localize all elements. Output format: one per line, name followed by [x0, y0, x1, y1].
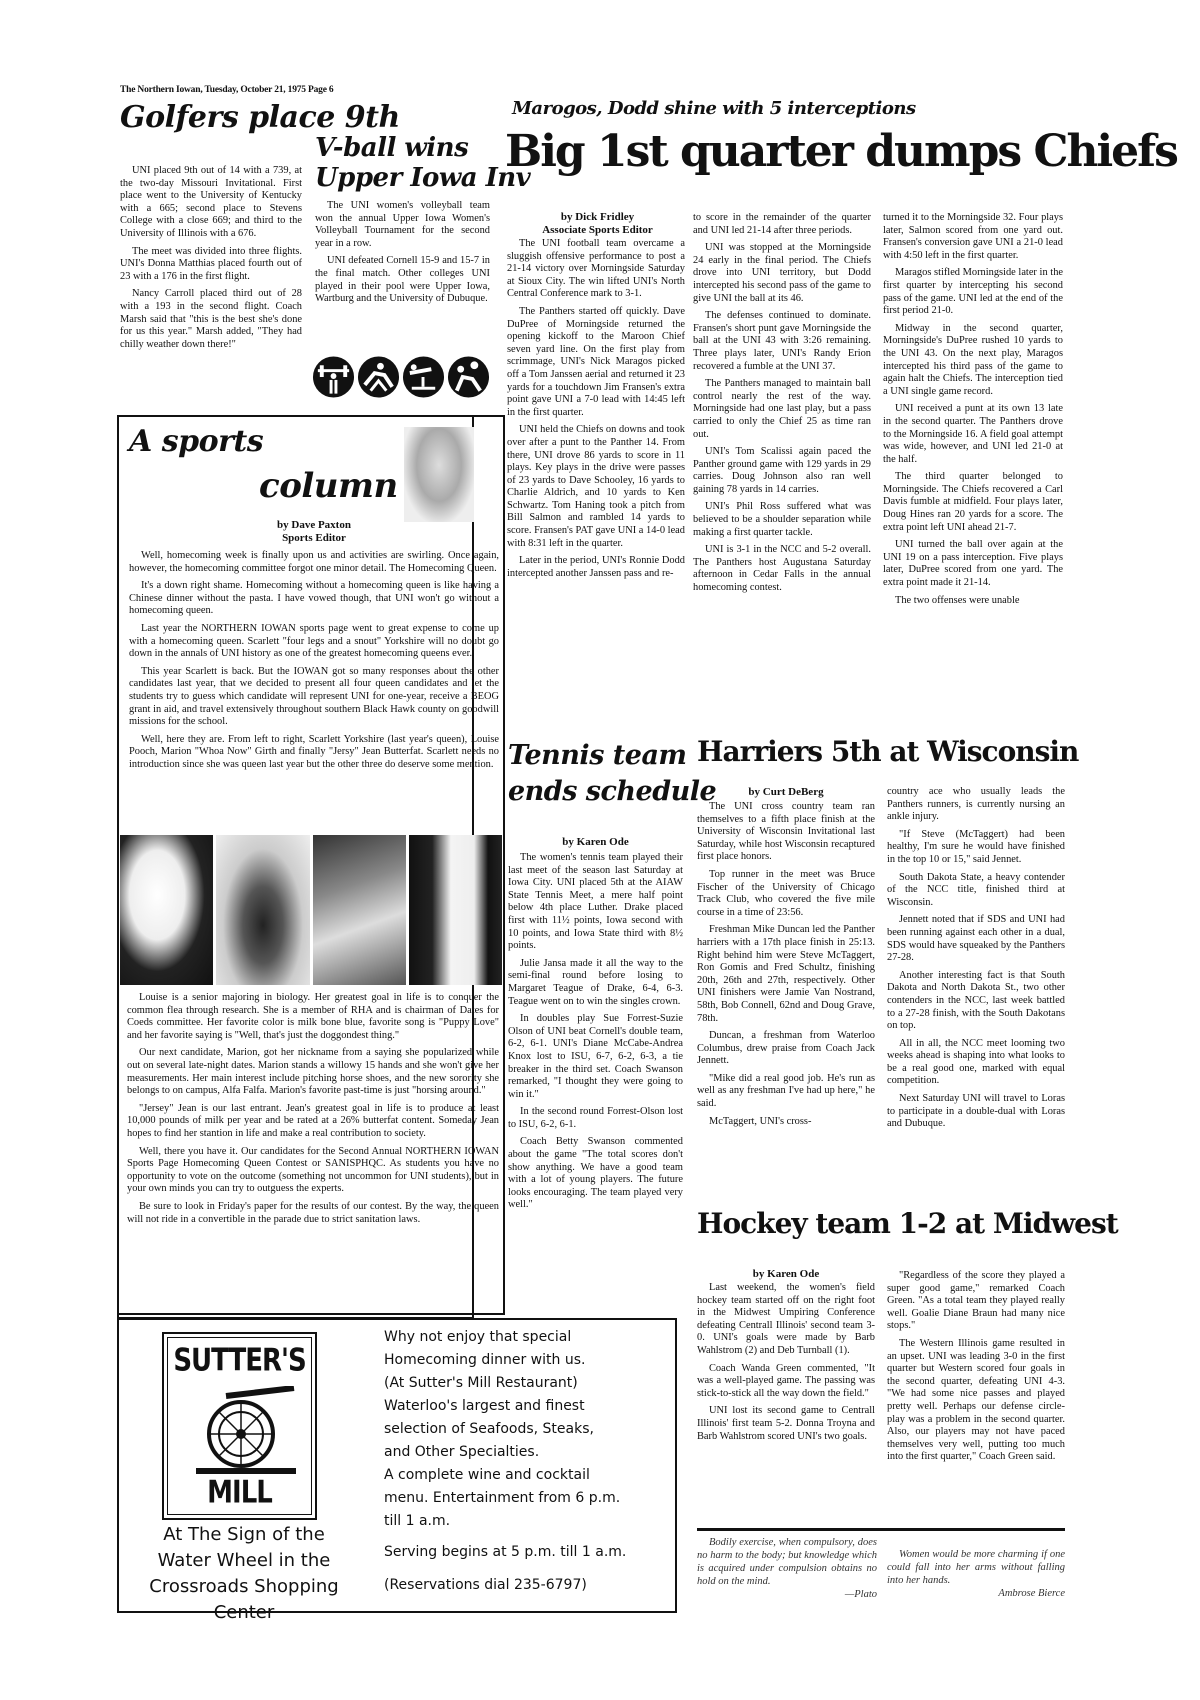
football-kicker: Marogos, Dodd shine with 5 interceptions [512, 100, 916, 118]
football-paragraph: The UNI football team overcame a sluggis… [507, 238, 685, 301]
photo-horse [313, 835, 406, 985]
harriers-paragraph: Jennett noted that if SDS and UNI had be… [887, 914, 1065, 964]
harriers-paragraph: Freshman Mike Duncan led the Panther har… [697, 924, 875, 1025]
harriers-paragraph: country ace who usually leads the Panthe… [887, 786, 1065, 824]
page-folio: The Northern Iowan, Tuesday, October 21,… [120, 85, 333, 95]
ad-copy-line: and Other Specialties. [384, 1441, 669, 1464]
hockey-paragraph: Coach Wanda Green commented, "It was a w… [697, 1363, 875, 1401]
football-paragraph: Midway in the second quarter, Morningsid… [883, 323, 1063, 399]
tennis-paragraph: The women's tennis team played their las… [508, 852, 683, 953]
ad-copy-line: A complete wine and cocktail [384, 1464, 669, 1487]
ad-logo-frame: SUTTER'S MILL [162, 1332, 317, 1520]
football-col-2: to score in the remainder of the quarter… [693, 212, 871, 600]
golf-paragraph: Nancy Carroll placed third out of 28 wit… [120, 288, 302, 351]
ad-copy-line: (At Sutter's Mill Restaurant) [384, 1372, 669, 1395]
ad-copy-line: Waterloo's largest and finest [384, 1395, 669, 1418]
harriers-byline: by Curt DeBerg [697, 786, 875, 799]
golf-paragraph: The meet was divided into three flights.… [120, 246, 302, 284]
football-paragraph: UNI's Tom Scalissi again paced the Panth… [693, 446, 871, 496]
quote-text: Women would be more charming if one coul… [887, 1548, 1065, 1587]
vball-paragraph: UNI defeated Cornell 15-9 and 15-7 in th… [315, 255, 490, 305]
tennis-article: The women's tennis team played their las… [508, 852, 683, 1217]
ad-logo-bottom: MILL [168, 1475, 311, 1511]
harriers-paragraph: The UNI cross country team ran themselve… [697, 801, 875, 864]
ad-copy-line: menu. Entertainment from 6 p.m. [384, 1487, 669, 1510]
water-wheel-icon [196, 1386, 296, 1476]
harriers-headline: Harriers 5th at Wisconsin [697, 738, 1078, 766]
football-byline: by Dick Fridley Associate Sports Editor [510, 211, 685, 237]
hockey-paragraph: "Regardless of the score they played a s… [887, 1270, 1065, 1333]
column-paragraph: "Jersey" Jean is our last entrant. Jean'… [127, 1103, 499, 1141]
football-paragraph: UNI was stopped at the Morningside 24 ea… [693, 242, 871, 305]
tennis-paragraph: Julie Jansa made it all the way to the s… [508, 958, 683, 1008]
hockey-col-1: Last weekend, the women's field hockey t… [697, 1282, 875, 1448]
harriers-col-2: country ace who usually leads the Panthe… [887, 786, 1065, 1136]
football-paragraph: The defenses continued to dominate. Fran… [693, 310, 871, 373]
hockey-paragraph: Last weekend, the women's field hockey t… [697, 1282, 875, 1358]
football-paragraph: The third quarter belonged to Morningsid… [883, 471, 1063, 534]
ad-reservations: (Reservations dial 235-6797) [384, 1574, 669, 1597]
tennis-paragraph: In the second round Forrest-Olson lost t… [508, 1106, 683, 1131]
tennis-headline-2: ends schedule [508, 778, 716, 805]
football-paragraph: turned it to the Morningside 32. Four pl… [883, 212, 1063, 262]
ad-location: At The Sign of the Water Wheel in the Cr… [119, 1522, 369, 1626]
photo-pig [120, 835, 213, 985]
column-paragraph: Well, there you have it. Our candidates … [127, 1146, 499, 1196]
ad-copy: Why not enjoy that special Homecoming di… [384, 1326, 669, 1597]
column-paragraph: Our next candidate, Marion, got her nick… [127, 1047, 499, 1097]
harriers-paragraph: Another interesting fact is that South D… [887, 970, 1065, 1033]
football-paragraph: UNI received a punt at its own 13 late i… [883, 403, 1063, 466]
ad-copy-line: Why not enjoy that special [384, 1326, 669, 1349]
football-paragraph: UNI's Phil Ross suffered what was believ… [693, 501, 871, 539]
tennis-headline-1: Tennis team [508, 742, 687, 769]
harriers-paragraph: All in all, the NCC meet looming two wee… [887, 1038, 1065, 1088]
photo-dog [216, 835, 309, 985]
candidate-photos [120, 835, 502, 985]
quote-plato: Bodily exercise, when compulsory, does n… [697, 1536, 877, 1601]
ad-logo-top: SUTTER'S [168, 1343, 311, 1379]
football-paragraph: The two offenses were unable [883, 595, 1063, 608]
hockey-byline: by Karen Ode [697, 1268, 875, 1281]
column-body-bottom: Louise is a senior majoring in biology. … [127, 992, 499, 1231]
tennis-paragraph: Coach Betty Swanson commented about the … [508, 1136, 683, 1212]
harriers-col-1: The UNI cross country team ran themselve… [697, 801, 875, 1133]
vball-article: The UNI women's volleyball team won the … [315, 200, 490, 311]
football-paragraph: UNI held the Chiefs on downs and took ov… [507, 424, 685, 550]
vball-headline-1: V-ball wins [315, 135, 468, 161]
tennis-byline: by Karen Ode [508, 836, 683, 849]
football-paragraph: Later in the period, UNI's Ronnie Dodd i… [507, 555, 685, 580]
tennis-paragraph: In doubles play Sue Forrest-Suzie Olson … [508, 1013, 683, 1101]
wrestling-icon [357, 355, 400, 399]
football-paragraph: UNI turned the ball over again at the UN… [883, 539, 1063, 589]
football-paragraph: to score in the remainder of the quarter… [693, 212, 871, 237]
football-headline: Big 1st quarter dumps Chiefs [505, 130, 1177, 174]
golf-article: UNI placed 9th out of 14 with a 739, at … [120, 165, 302, 356]
quote-text: Bodily exercise, when compulsory, does n… [697, 1536, 877, 1588]
football-paragraph: The Panthers managed to maintain ball co… [693, 378, 871, 441]
quote-author: —Plato [697, 1588, 877, 1601]
harriers-paragraph: Top runner in the meet was Bruce Fischer… [697, 869, 875, 919]
harriers-paragraph: Next Saturday UNI will travel to Loras t… [887, 1093, 1065, 1131]
volleyball-icon [447, 355, 490, 399]
harriers-paragraph: South Dakota State, a heavy contender of… [887, 872, 1065, 910]
vball-paragraph: The UNI women's volleyball team won the … [315, 200, 490, 250]
football-col-3: turned it to the Morningside 32. Four pl… [883, 212, 1063, 612]
football-col-1: The UNI football team overcame a sluggis… [507, 238, 685, 585]
quote-author: Ambrose Bierce [887, 1587, 1065, 1600]
ad-serving-hours: Serving begins at 5 p.m. till 1 a.m. [384, 1541, 669, 1564]
photo-cow [409, 835, 502, 985]
vball-headline-2: Upper Iowa Inv [315, 165, 530, 191]
football-paragraph: The Panthers started off quickly. Dave D… [507, 306, 685, 419]
gymnastics-icon [402, 355, 445, 399]
quote-bierce: Women would be more charming if one coul… [887, 1548, 1065, 1600]
ad-copy-line: selection of Seafoods, Steaks, [384, 1418, 669, 1441]
golf-paragraph: UNI placed 9th out of 14 with a 739, at … [120, 165, 302, 241]
hockey-paragraph: UNI lost its second game to Centrall Ill… [697, 1405, 875, 1443]
quotes-divider [697, 1528, 1065, 1531]
football-byline-name: by Dick Fridley [510, 211, 685, 224]
ad-location-line: At The Sign of the [119, 1522, 369, 1548]
harriers-paragraph: Duncan, a freshman from Waterloo Columbu… [697, 1030, 875, 1068]
sutters-mill-ad: SUTTER'S MILL At The Sign of the Water W… [117, 1318, 677, 1613]
hockey-col-2: "Regardless of the score they played a s… [887, 1270, 1065, 1469]
ad-copy-line: till 1 a.m. [384, 1510, 669, 1533]
hockey-headline: Hockey team 1-2 at Midwest [697, 1210, 1118, 1238]
harriers-paragraph: "If Steve (McTaggert) had been healthy, … [887, 829, 1065, 867]
weightlifting-icon [312, 355, 355, 399]
ad-location-line: Crossroads Shopping Center [119, 1574, 369, 1626]
football-paragraph: UNI is 3-1 in the NCC and 5-2 overall. T… [693, 544, 871, 594]
column-paragraph: Louise is a senior majoring in biology. … [127, 992, 499, 1042]
sports-icons-row [312, 355, 490, 403]
ad-logo-inner: SUTTER'S MILL [167, 1337, 312, 1515]
ad-location-line: Water Wheel in the [119, 1548, 369, 1574]
football-byline-title: Associate Sports Editor [510, 224, 685, 237]
harriers-paragraph: McTaggert, UNI's cross- [697, 1116, 875, 1129]
harriers-paragraph: "Mike did a real good job. He's run as w… [697, 1073, 875, 1111]
column-paragraph: Be sure to look in Friday's paper for th… [127, 1201, 499, 1226]
football-paragraph: Maragos stifled Morningside later in the… [883, 267, 1063, 317]
hockey-paragraph: The Western Illinois game resulted in an… [887, 1338, 1065, 1464]
ad-copy-line: Homecoming dinner with us. [384, 1349, 669, 1372]
golf-headline: Golfers place 9th [120, 103, 400, 133]
